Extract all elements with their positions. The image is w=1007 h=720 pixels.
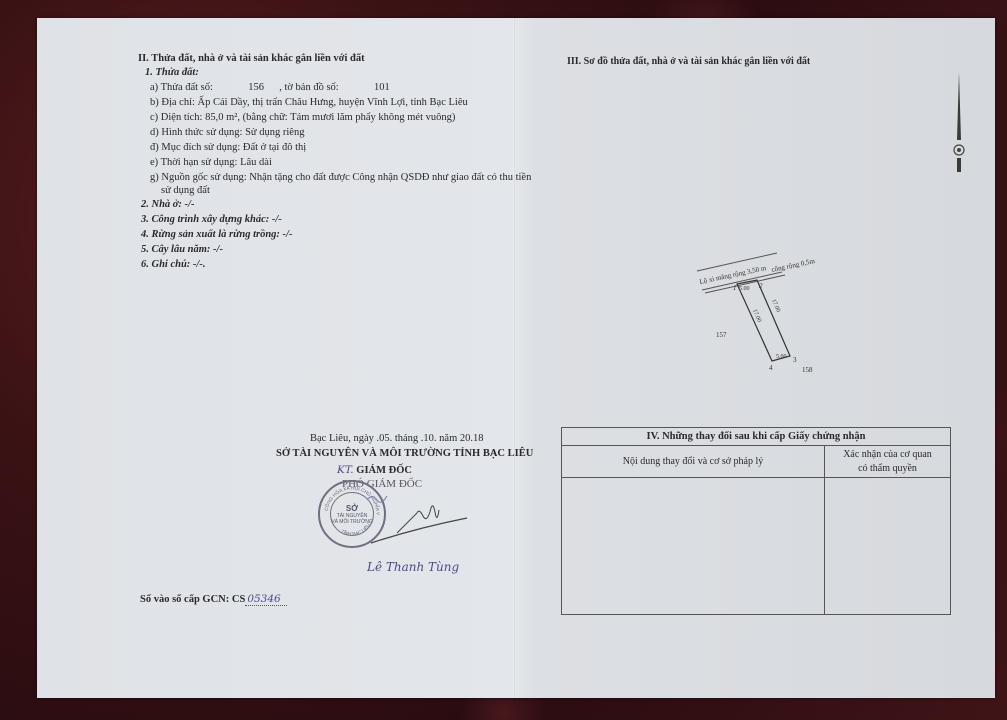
header-authority-confirmation: Xác nhận của cơ quan có thẩm quyền [825,446,950,477]
issuing-agency: SỞ TÀI NGUYÊN VÀ MÔI TRƯỜNG TỈNH BẠC LIÊ… [276,449,533,460]
registry-label: Số vào sổ cấp GCN: CS [140,594,245,605]
signer-title: KT. GIÁM ĐỐC [337,465,412,477]
title-prefix: KT. [337,464,354,476]
usage-form-line: d) Hình thức sử dụng: Sử dụng riêng [150,128,304,139]
parcel-number-row: a) Thửa đất số: 156 , tờ bản đồ số: 101 [150,83,390,94]
usage-purpose-line: đ) Mục đích sử dụng: Đất ở tại đô thị [150,143,306,154]
address-line: b) Địa chỉ: Ấp Cái Dầy, thị trấn Châu Hư… [150,98,468,109]
svg-text:cống rộng 0,5m: cống rộng 0,5m [771,257,816,274]
svg-text:157: 157 [716,331,727,339]
section2-heading: II. Thửa đất, nhà ở và tài sản khác gắn … [138,54,365,65]
changes-table-title: IV. Những thay đổi sau khi cấp Giấy chứn… [562,428,950,446]
item-production-forest: 4. Rừng sản xuất là rừng trồng: -/- [141,230,292,241]
parcel-number: 156 [248,82,264,93]
header-authority-line-1: Xác nhận của cơ quan [843,448,932,462]
map-sheet-label: , tờ bản đồ số: [279,82,339,93]
svg-text:4: 4 [769,364,773,372]
item-perennial-trees: 5. Cây lâu năm: -/- [141,245,223,256]
section2-subheading: 1. Thửa đất: [145,68,199,79]
item-house: 2. Nhà ở: -/- [141,200,194,211]
svg-text:1: 1 [733,284,737,292]
usage-term-line: e) Thời hạn sử dụng: Lâu dài [150,158,272,169]
signer-name: Lê Thanh Tùng [367,561,459,573]
svg-text:5.00: 5.00 [739,286,750,292]
origin-line-1: g) Nguồn gốc sử dụng: Nhận tặng cho đất … [150,173,531,184]
origin-line-2: sử dụng đất [161,186,210,197]
change-content-cell [562,478,825,614]
header-authority-line-2: có thẩm quyền [843,462,932,476]
title-text: GIÁM ĐỐC [356,465,412,476]
svg-text:3: 3 [793,356,797,364]
date-line: Bạc Liêu, ngày .05. tháng .10. năm 20.18 [310,434,484,445]
svg-text:158: 158 [802,366,813,374]
svg-text:5.00: 5.00 [776,354,787,360]
north-arrow-icon [949,70,969,180]
changes-table-body [562,478,950,614]
header-change-content: Nội dung thay đổi và cơ sở pháp lý [562,446,825,477]
parcel-label: a) Thửa đất số: [150,82,213,93]
item-notes: 6. Ghi chú: -/-. [141,260,205,271]
item-other-construction: 3. Công trình xây dựng khác: -/- [141,215,282,226]
center-fold [513,18,515,698]
certificate-page: II. Thửa đất, nhà ở và tài sản khác gắn … [37,18,995,698]
authority-confirmation-cell [825,478,950,614]
registry-number-row: Số vào sổ cấp GCN: CS05346 [140,594,287,606]
svg-text:17.00: 17.00 [770,298,781,313]
changes-table: IV. Những thay đổi sau khi cấp Giấy chứn… [561,427,951,615]
svg-text:17.00: 17.00 [751,308,762,323]
map-sheet-number: 101 [374,82,390,93]
section3-heading: III. Sơ đồ thửa đất, nhà ở và tài sản kh… [567,57,810,67]
registry-number: 05346 [245,593,286,606]
svg-text:2: 2 [759,282,763,290]
land-parcel-diagram: Lộ xi măng rộng 3,50 m cống rộng 0,5m 1 … [677,238,877,388]
changes-table-header: Nội dung thay đổi và cơ sở pháp lý Xác n… [562,446,950,478]
handwritten-signature [357,488,477,548]
area-line: c) Diện tích: 85,0 m², (bằng chữ: Tám mư… [150,113,455,124]
